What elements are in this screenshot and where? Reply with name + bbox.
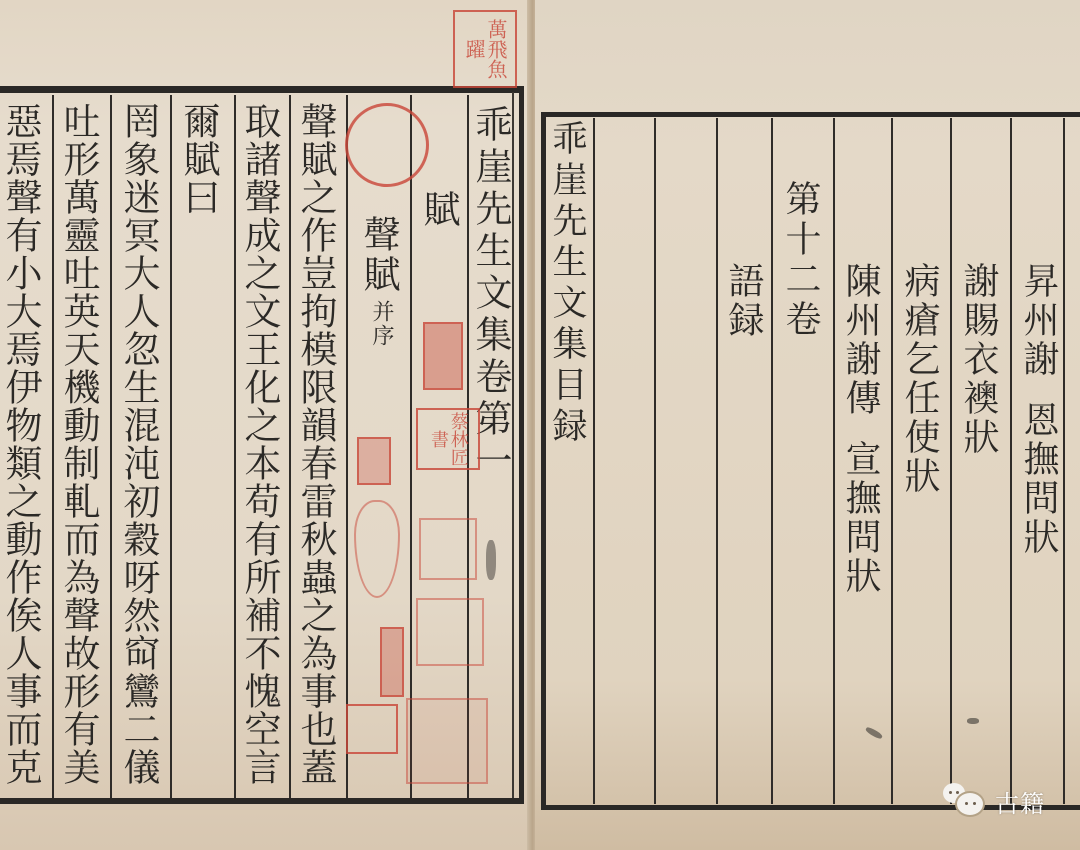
toc-entry-chenzhou-part1: 陳州謝傳 [840, 262, 881, 418]
column-rule [716, 118, 718, 804]
text-line-5: 吐形萬靈吐英天機動制軋而為聲故形有美 [60, 102, 97, 786]
column-rule [52, 95, 54, 798]
text-line-6: 惡焉聲有小大焉伊物類之動作俟人事而克 [2, 102, 39, 786]
column-rule [289, 95, 291, 798]
ink-speck [967, 718, 979, 724]
ink-blot [486, 540, 496, 580]
column-rule [654, 118, 656, 804]
wechat-icon [943, 783, 987, 819]
toc-entry-chenzhou-part2: 宣撫問狀 [840, 440, 881, 596]
collector-seal-a [423, 322, 463, 390]
piece-annotation: 并序 [370, 300, 392, 348]
column-rule [891, 118, 893, 804]
piece-title-text: 聲賦 [357, 215, 400, 295]
toc-title: 乖崖先生文集目録 [549, 120, 584, 448]
collector-seal-c [357, 437, 391, 485]
toc-entry-shengzhou-part1: 昇州謝 [1018, 262, 1059, 379]
left-page-inner-border [512, 92, 514, 798]
collector-seal-h [406, 698, 488, 784]
column-rule [234, 95, 236, 798]
watermark-text: 古籍 [995, 784, 1045, 819]
column-rule [110, 95, 112, 798]
column-rule [1063, 118, 1065, 804]
right-page: 乖崖先生文集目録 語録 第十二卷 陳州謝傳宣撫問狀 病瘡乞任使狀 謝賜衣襖狀 昇… [535, 0, 1080, 850]
toc-entry-shengzhou: 昇州謝恩撫問狀 [1020, 262, 1056, 557]
collector-seal-d [419, 518, 477, 580]
toc-entry-yulu: 語録 [725, 262, 761, 340]
column-rule [1010, 118, 1012, 804]
collector-seal-b: 蔡林匠書 [416, 408, 480, 470]
round-collector-seal [345, 103, 429, 187]
column-rule [593, 118, 595, 804]
collector-seal-g [346, 704, 398, 754]
collector-seal-e [416, 598, 484, 666]
toc-entry-shengzhou-part2: 恩撫問狀 [1018, 401, 1059, 557]
book-spread: 乖崖先生文集卷第一 賦 聲賦 并序 聲賦之作豈拘模限韻春雷秋蟲之為事也蓋 取諸聲… [0, 0, 1080, 850]
collector-seal-f [380, 627, 404, 697]
text-line-1: 聲賦之作豈拘模限韻春雷秋蟲之為事也蓋 [297, 102, 334, 786]
piece-title: 聲賦 [360, 215, 397, 295]
column-rule [170, 95, 172, 798]
column-rule [950, 118, 952, 804]
text-line-3: 爾賦曰 [180, 102, 217, 216]
toc-entry-xieci: 謝賜衣襖狀 [960, 262, 996, 457]
left-page: 乖崖先生文集卷第一 賦 聲賦 并序 聲賦之作豈拘模限韻春雷秋蟲之為事也蓋 取諸聲… [0, 0, 535, 850]
section-heading: 賦 [420, 190, 457, 230]
column-rule [346, 95, 348, 798]
text-line-2: 取諸聲成之文王化之本苟有所補不愧空言 [241, 102, 278, 786]
text-line-4: 罔象迷冥大人忽生混沌初穀呀然䆗鸞二儀 [120, 102, 157, 786]
collector-seal-top: 萬飛魚躍 [453, 10, 517, 88]
column-rule [833, 118, 835, 804]
source-watermark: 古籍 [943, 783, 1045, 819]
toc-entry-bingchuang: 病瘡乞任使狀 [901, 262, 937, 496]
toc-volume-12: 第十二卷 [782, 180, 818, 340]
toc-entry-chenzhou: 陳州謝傳宣撫問狀 [842, 262, 878, 596]
column-rule [410, 95, 412, 798]
column-rule [771, 118, 773, 804]
